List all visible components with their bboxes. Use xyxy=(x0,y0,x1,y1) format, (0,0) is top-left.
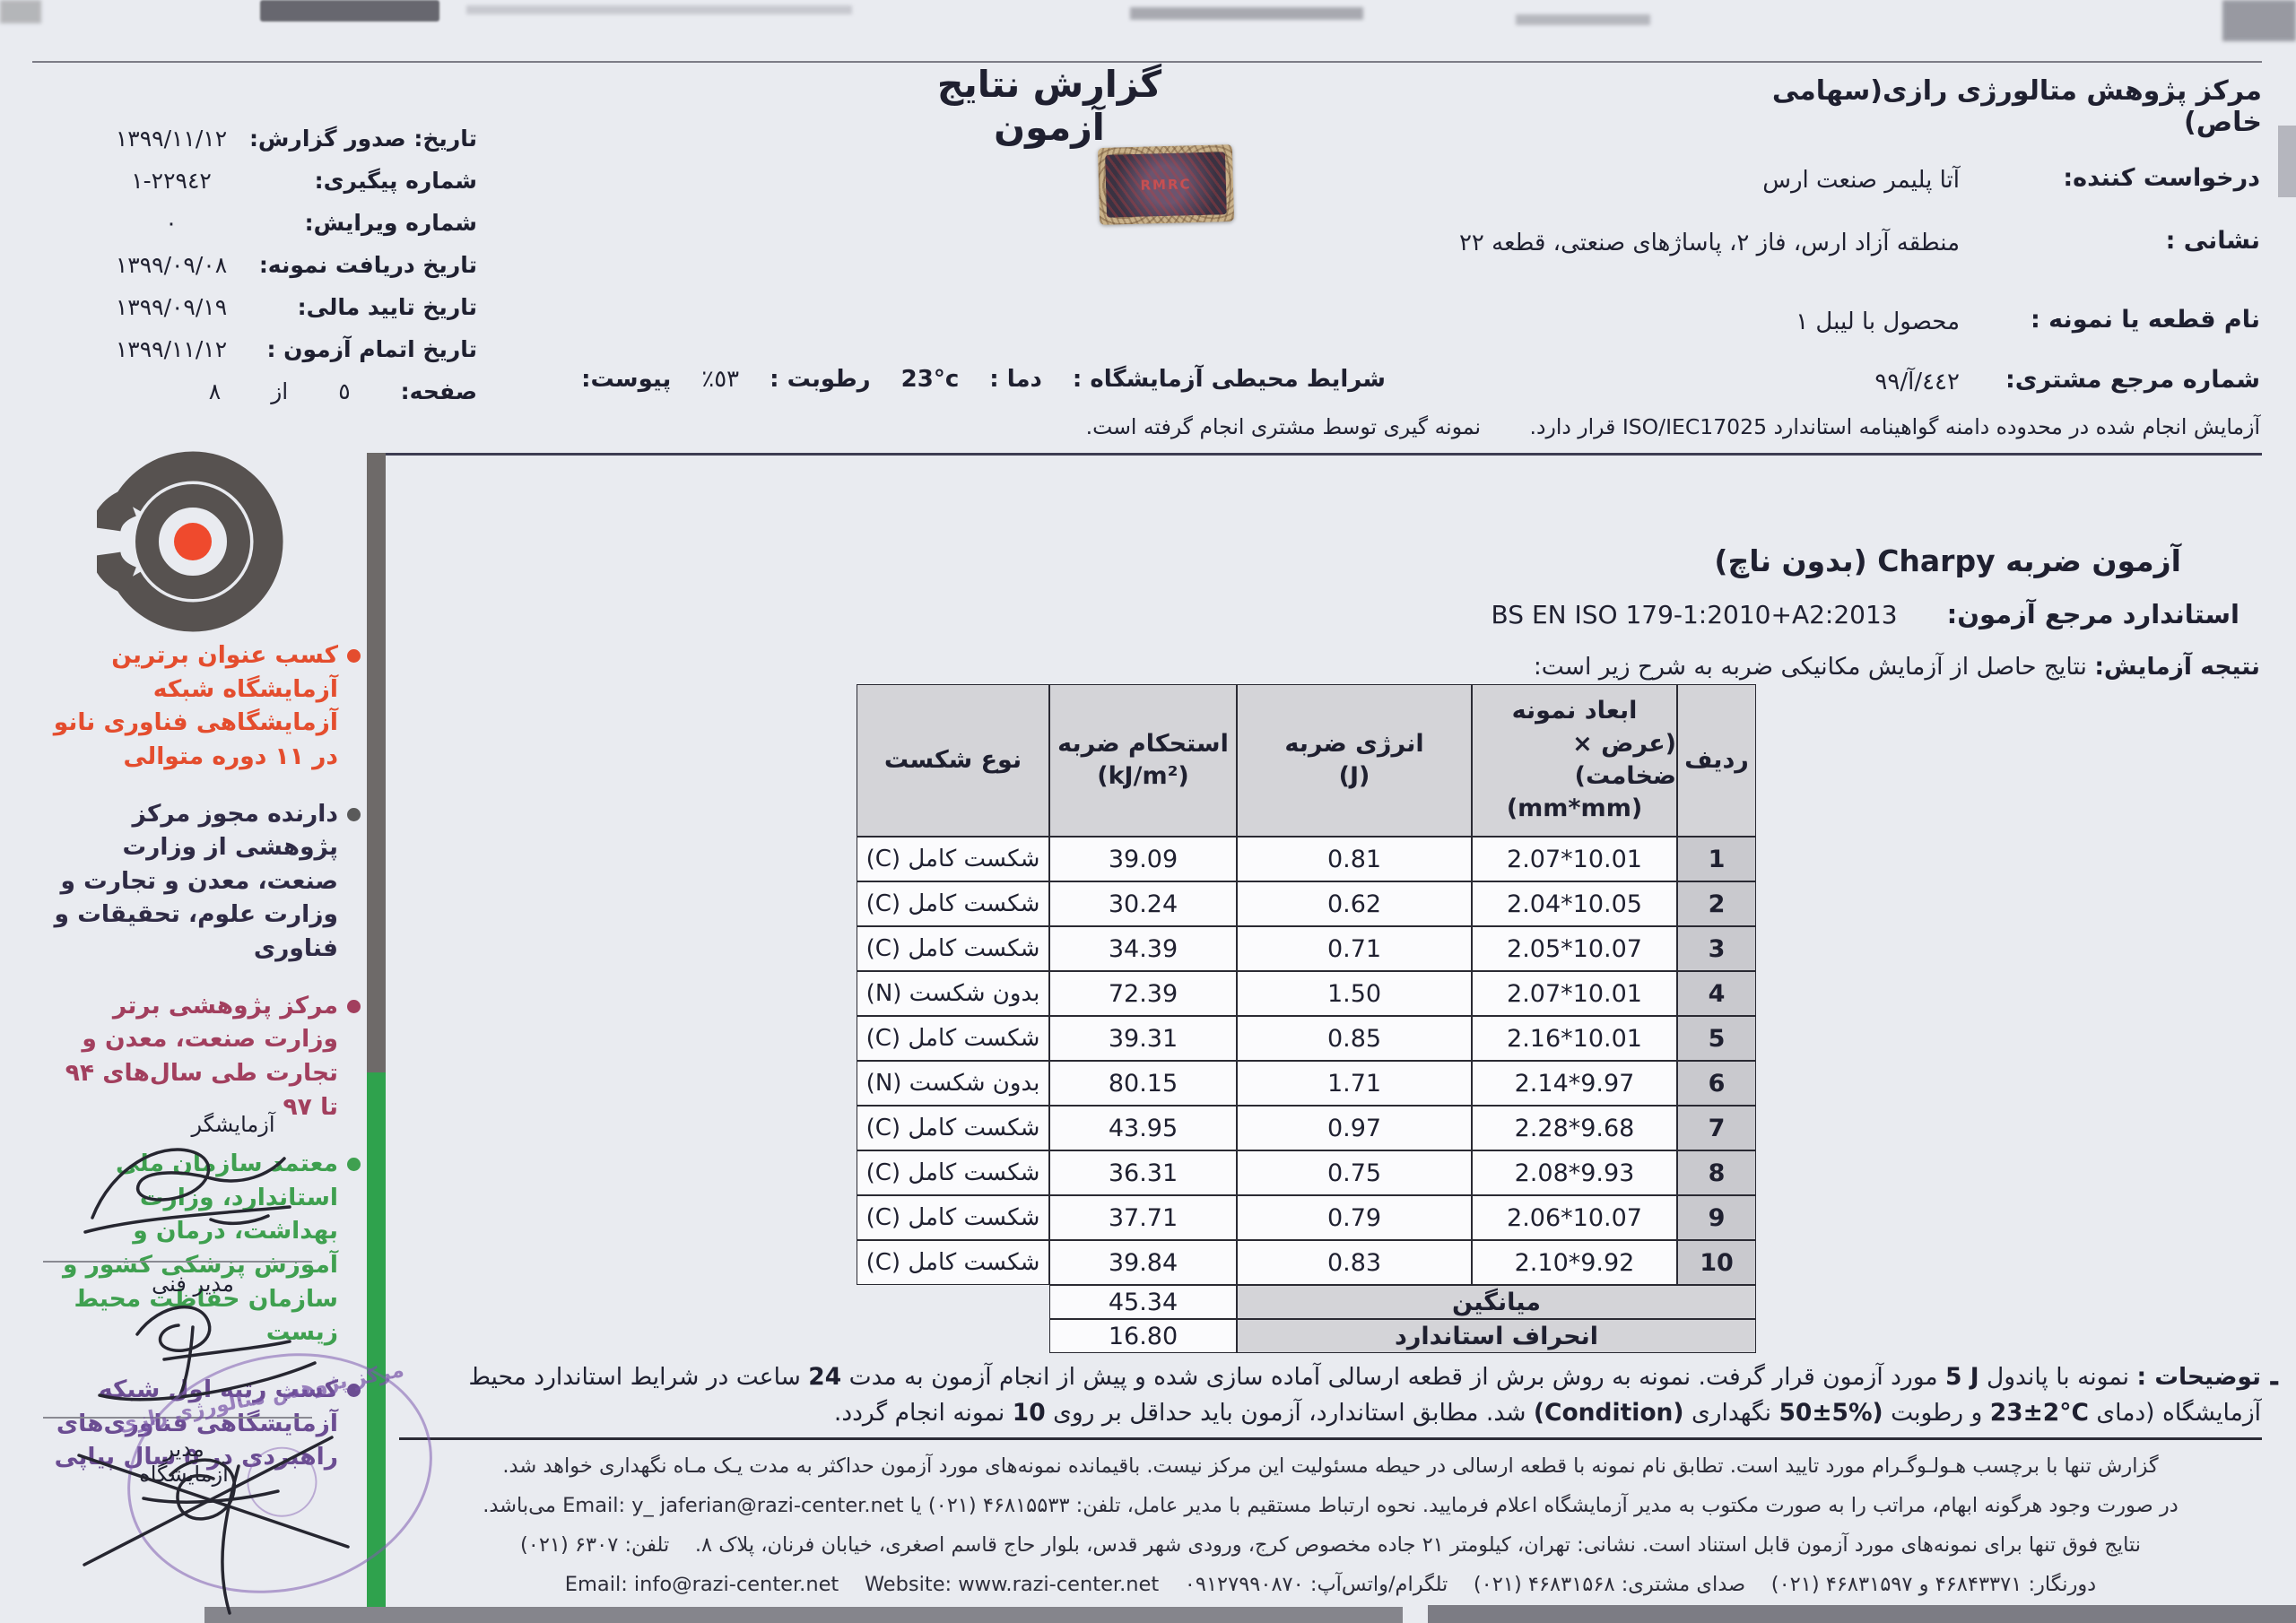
date-row-revision: شماره ویرایش: ٠ xyxy=(106,208,477,239)
std-dev-value: 16.80 xyxy=(1049,1319,1237,1353)
footer-line-contact-manager: در صورت وجود هرگونه ابهام، مراتب را به ص… xyxy=(399,1492,2262,1519)
page-current: ٥ xyxy=(338,377,350,407)
standard-value: BS EN ISO 179-1:2010+A2:2013 xyxy=(1492,600,1898,629)
issue-date-value: ١٣٩٩/١١/١٢ xyxy=(106,124,237,154)
sample-name-value: محصول با لیبل ۱ xyxy=(1796,308,1960,335)
date-row-financial: تاریخ تایید مالی: ١٣٩٩/٠٩/١٩ xyxy=(106,292,477,323)
revision-no-label: شماره ویرایش: xyxy=(242,208,477,239)
badge-nano-network: کسب عنوان برترین آزمایشگاه شبکه آزمایشگا… xyxy=(47,638,361,774)
col-header-failure: نوع شکست xyxy=(857,684,1049,837)
result-intro-text: نتایج حاصل از آزمایش مکانیکی ضربه به شرح… xyxy=(1534,653,2087,681)
page-separator: از xyxy=(271,377,288,407)
humidity-label: رطوبت : xyxy=(770,366,871,393)
requester-value: آتا پلیمر صنعت ارس xyxy=(1762,167,1960,194)
revision-no-value: ٠ xyxy=(106,208,237,239)
mean-value: 45.34 xyxy=(1049,1285,1237,1319)
footer-divider xyxy=(399,1437,2262,1440)
tracking-no-value: ٢٢٩٤٢-١ xyxy=(106,166,237,196)
notes-paragraph: توضیحات : نمونه با پاندول 5 J مورد آزمون… xyxy=(399,1359,2261,1431)
badge-top-research-center: مرکز پژوهشی برتر وزارت صنعت، معدن و تجار… xyxy=(47,989,361,1124)
divider-bar-gray xyxy=(367,453,386,1072)
std-dev-label: انحراف استاندارد xyxy=(1237,1319,1756,1353)
examiner-signature xyxy=(76,1132,300,1262)
badge-research-license: دارنده مجوز مرکز پژوهشی از وزارت صنعت، م… xyxy=(47,797,361,966)
scan-artifact xyxy=(466,5,852,14)
received-date-value: ١٣٩٩/٠٩/٠٨ xyxy=(106,250,237,281)
report-page: مرکز پژوهش متالورژی رازی(سهامی خاص) گزار… xyxy=(0,0,2296,1623)
completion-date-value: ١٣٩٩/١١/١٢ xyxy=(106,334,237,365)
col-header-energy: انرژی ضربه(J) xyxy=(1237,684,1472,837)
environment-row: شرایط محیطی آزمایشگاه : دما : 23°c رطوبت… xyxy=(581,366,1386,393)
scan-artifact xyxy=(2222,0,2296,41)
hologram-label: RMRC xyxy=(1140,176,1191,193)
col-header-dims: ابعاد نمونه(عرض × ضخامت)(mm*mm) xyxy=(1472,684,1677,837)
sample-name-label: نام قطعه یا نمونه : xyxy=(2031,306,2260,334)
test-title: آزمون ضربه Charpy (بدون ناچ) xyxy=(1714,543,2181,578)
table-row: 1 2.07*10.01 0.81 39.09 شکست کامل (C) xyxy=(857,837,1756,881)
humidity-value: ٥٣٪ xyxy=(701,366,739,393)
badge-text: مرکز پژوهشی برتر وزارت صنعت، معدن و تجار… xyxy=(47,989,338,1124)
bullet-icon xyxy=(347,649,361,663)
std-dev-row: انحراف استاندارد 16.80 xyxy=(857,1319,1756,1353)
table-row: 8 2.08*9.93 0.75 36.31 شکست کامل (C) xyxy=(857,1150,1756,1195)
date-row-issue: تاریخ: صدور گزارش: ١٣٩٩/١١/١٢ xyxy=(106,124,477,154)
bullet-icon xyxy=(347,1158,361,1171)
razi-center-logo-icon xyxy=(97,448,289,635)
badge-text: دارنده مجوز مرکز پژوهشی از وزارت صنعت، م… xyxy=(47,797,338,966)
bullet-icon xyxy=(347,1000,361,1013)
standard-label: استاندارد مرجع آزمون: xyxy=(1947,599,2239,629)
table-row: 6 2.14*9.97 1.71 80.15 بدون شکست (N) xyxy=(857,1061,1756,1106)
table-row: 5 2.16*10.01 0.85 39.31 شکست کامل (C) xyxy=(857,1016,1756,1061)
standard-row: استاندارد مرجع آزمون: BS EN ISO 179-1:20… xyxy=(1492,599,2239,629)
temperature-value: 23°c xyxy=(901,366,960,393)
financial-date-label: تاریخ تایید مالی: xyxy=(242,292,477,323)
mean-row: میانگین 45.34 xyxy=(857,1285,1756,1319)
notes-dash: - xyxy=(2269,1367,2280,1398)
hologram-core: RMRC xyxy=(1105,152,1227,217)
table-row: 10 2.10*9.92 0.83 39.84 شکست کامل (C) xyxy=(857,1240,1756,1285)
report-title: گزارش نتایج آزمون xyxy=(897,63,1202,149)
attachment-label: پیوست: xyxy=(581,366,671,393)
result-intro-label: نتیجه آزمایش: xyxy=(2094,653,2260,681)
table-header-row: ردیف ابعاد نمونه(عرض × ضخامت)(mm*mm) انر… xyxy=(857,684,1756,837)
bullet-icon xyxy=(347,808,361,821)
address-label: نشانی : xyxy=(2166,227,2260,255)
table-row: 3 2.05*10.07 0.71 34.39 شکست کامل (C) xyxy=(857,926,1756,971)
footer-line-address: نتایج فوق تنها برای نمونه‌های مورد آزمون… xyxy=(399,1532,2262,1558)
scan-artifact xyxy=(1130,7,1363,20)
received-date-label: تاریخ دریافت نمونه: xyxy=(242,250,477,281)
panel-top-border xyxy=(386,453,2262,456)
date-row-received: تاریخ دریافت نمونه: ١٣٩٩/٠٩/٠٨ xyxy=(106,250,477,281)
dates-block: تاریخ: صدور گزارش: ١٣٩٩/١١/١٢ شماره پیگی… xyxy=(106,124,477,407)
scan-artifact xyxy=(0,0,41,23)
issue-date-label: تاریخ: صدور گزارش: xyxy=(242,124,477,154)
customer-ref-value: ٤٤٢/آ/٩٩ xyxy=(1874,369,1960,395)
table-row: 9 2.06*10.07 0.79 37.71 شکست کامل (C) xyxy=(857,1195,1756,1240)
col-header-row-no: ردیف xyxy=(1677,684,1756,837)
results-table: ردیف ابعاد نمونه(عرض × ضخامت)(mm*mm) انر… xyxy=(857,684,1756,1353)
page-label: صفحه: xyxy=(401,377,477,407)
badge-text: کسب عنوان برترین آزمایشگاه شبکه آزمایشگا… xyxy=(47,638,338,774)
col-header-strength: استحکام ضربه(kJ/m²) xyxy=(1049,684,1237,837)
completion-date-label: تاریخ اتمام آزمون : xyxy=(242,334,477,365)
scan-artifact xyxy=(2278,126,2296,197)
date-row-tracking: شماره پیگیری: ٢٢٩٤٢-١ xyxy=(106,166,477,196)
table-row: 4 2.07*10.01 1.50 72.39 بدون شکست (N) xyxy=(857,971,1756,1016)
iso-accreditation-note: آزمایش انجام شده در محدوده دامنه گواهینا… xyxy=(1530,414,2260,439)
environment-label: شرایط محیطی آزمایشگاه : xyxy=(1073,366,1386,393)
hologram-sticker: RMRC xyxy=(1098,144,1234,225)
lab-manager-signature xyxy=(63,1412,359,1619)
tracking-no-label: شماره پیگیری: xyxy=(242,166,477,196)
financial-date-value: ١٣٩٩/٠٩/١٩ xyxy=(106,292,237,323)
bottom-scan-bar xyxy=(1428,1605,2296,1623)
empty-cell xyxy=(857,1285,1049,1319)
footer-line-hologram: گزارش تنها با برچسب هـولـوگـرام مورد تای… xyxy=(399,1453,2262,1480)
page-total: ٨ xyxy=(209,377,221,407)
org-name: مرکز پژوهش متالورژی رازی(سهامی خاص) xyxy=(1704,75,2262,138)
table-row: 7 2.28*9.68 0.97 43.95 شکست کامل (C) xyxy=(857,1106,1756,1150)
temperature-label: دما : xyxy=(989,366,1042,393)
footer-line-contacts: دورنگار: ۴۶۸۴۳۳۷۱ و ۴۶۸۳۱۵۹۷ (۰۲۱) صدای … xyxy=(399,1571,2262,1598)
date-row-completion: تاریخ اتمام آزمون : ١٣٩٩/١١/١٢ xyxy=(106,334,477,365)
result-intro: نتیجه آزمایش: نتایج حاصل از آزمایش مکانی… xyxy=(1534,653,2260,681)
empty-cell xyxy=(857,1319,1049,1353)
mean-label: میانگین xyxy=(1237,1285,1756,1319)
address-value: منطقه آزاد ارس، فاز ۲، پاساژهای صنعتی، ق… xyxy=(1459,230,1960,256)
bottom-scan-bar xyxy=(204,1607,1403,1623)
sampling-note: نمونه گیری توسط مشتری انجام گرفته است. xyxy=(1086,414,1481,439)
scan-artifact xyxy=(260,0,439,22)
page-number-row: صفحه: ٥ از ٨ xyxy=(106,377,477,407)
scan-artifact xyxy=(1516,14,1650,25)
signature-divider xyxy=(43,1261,312,1263)
requester-label: درخواست کننده: xyxy=(2063,164,2260,192)
table-row: 2 2.04*10.05 0.62 30.24 شکست کامل (C) xyxy=(857,881,1756,926)
customer-ref-label: شماره مرجع مشتری: xyxy=(2005,366,2260,394)
